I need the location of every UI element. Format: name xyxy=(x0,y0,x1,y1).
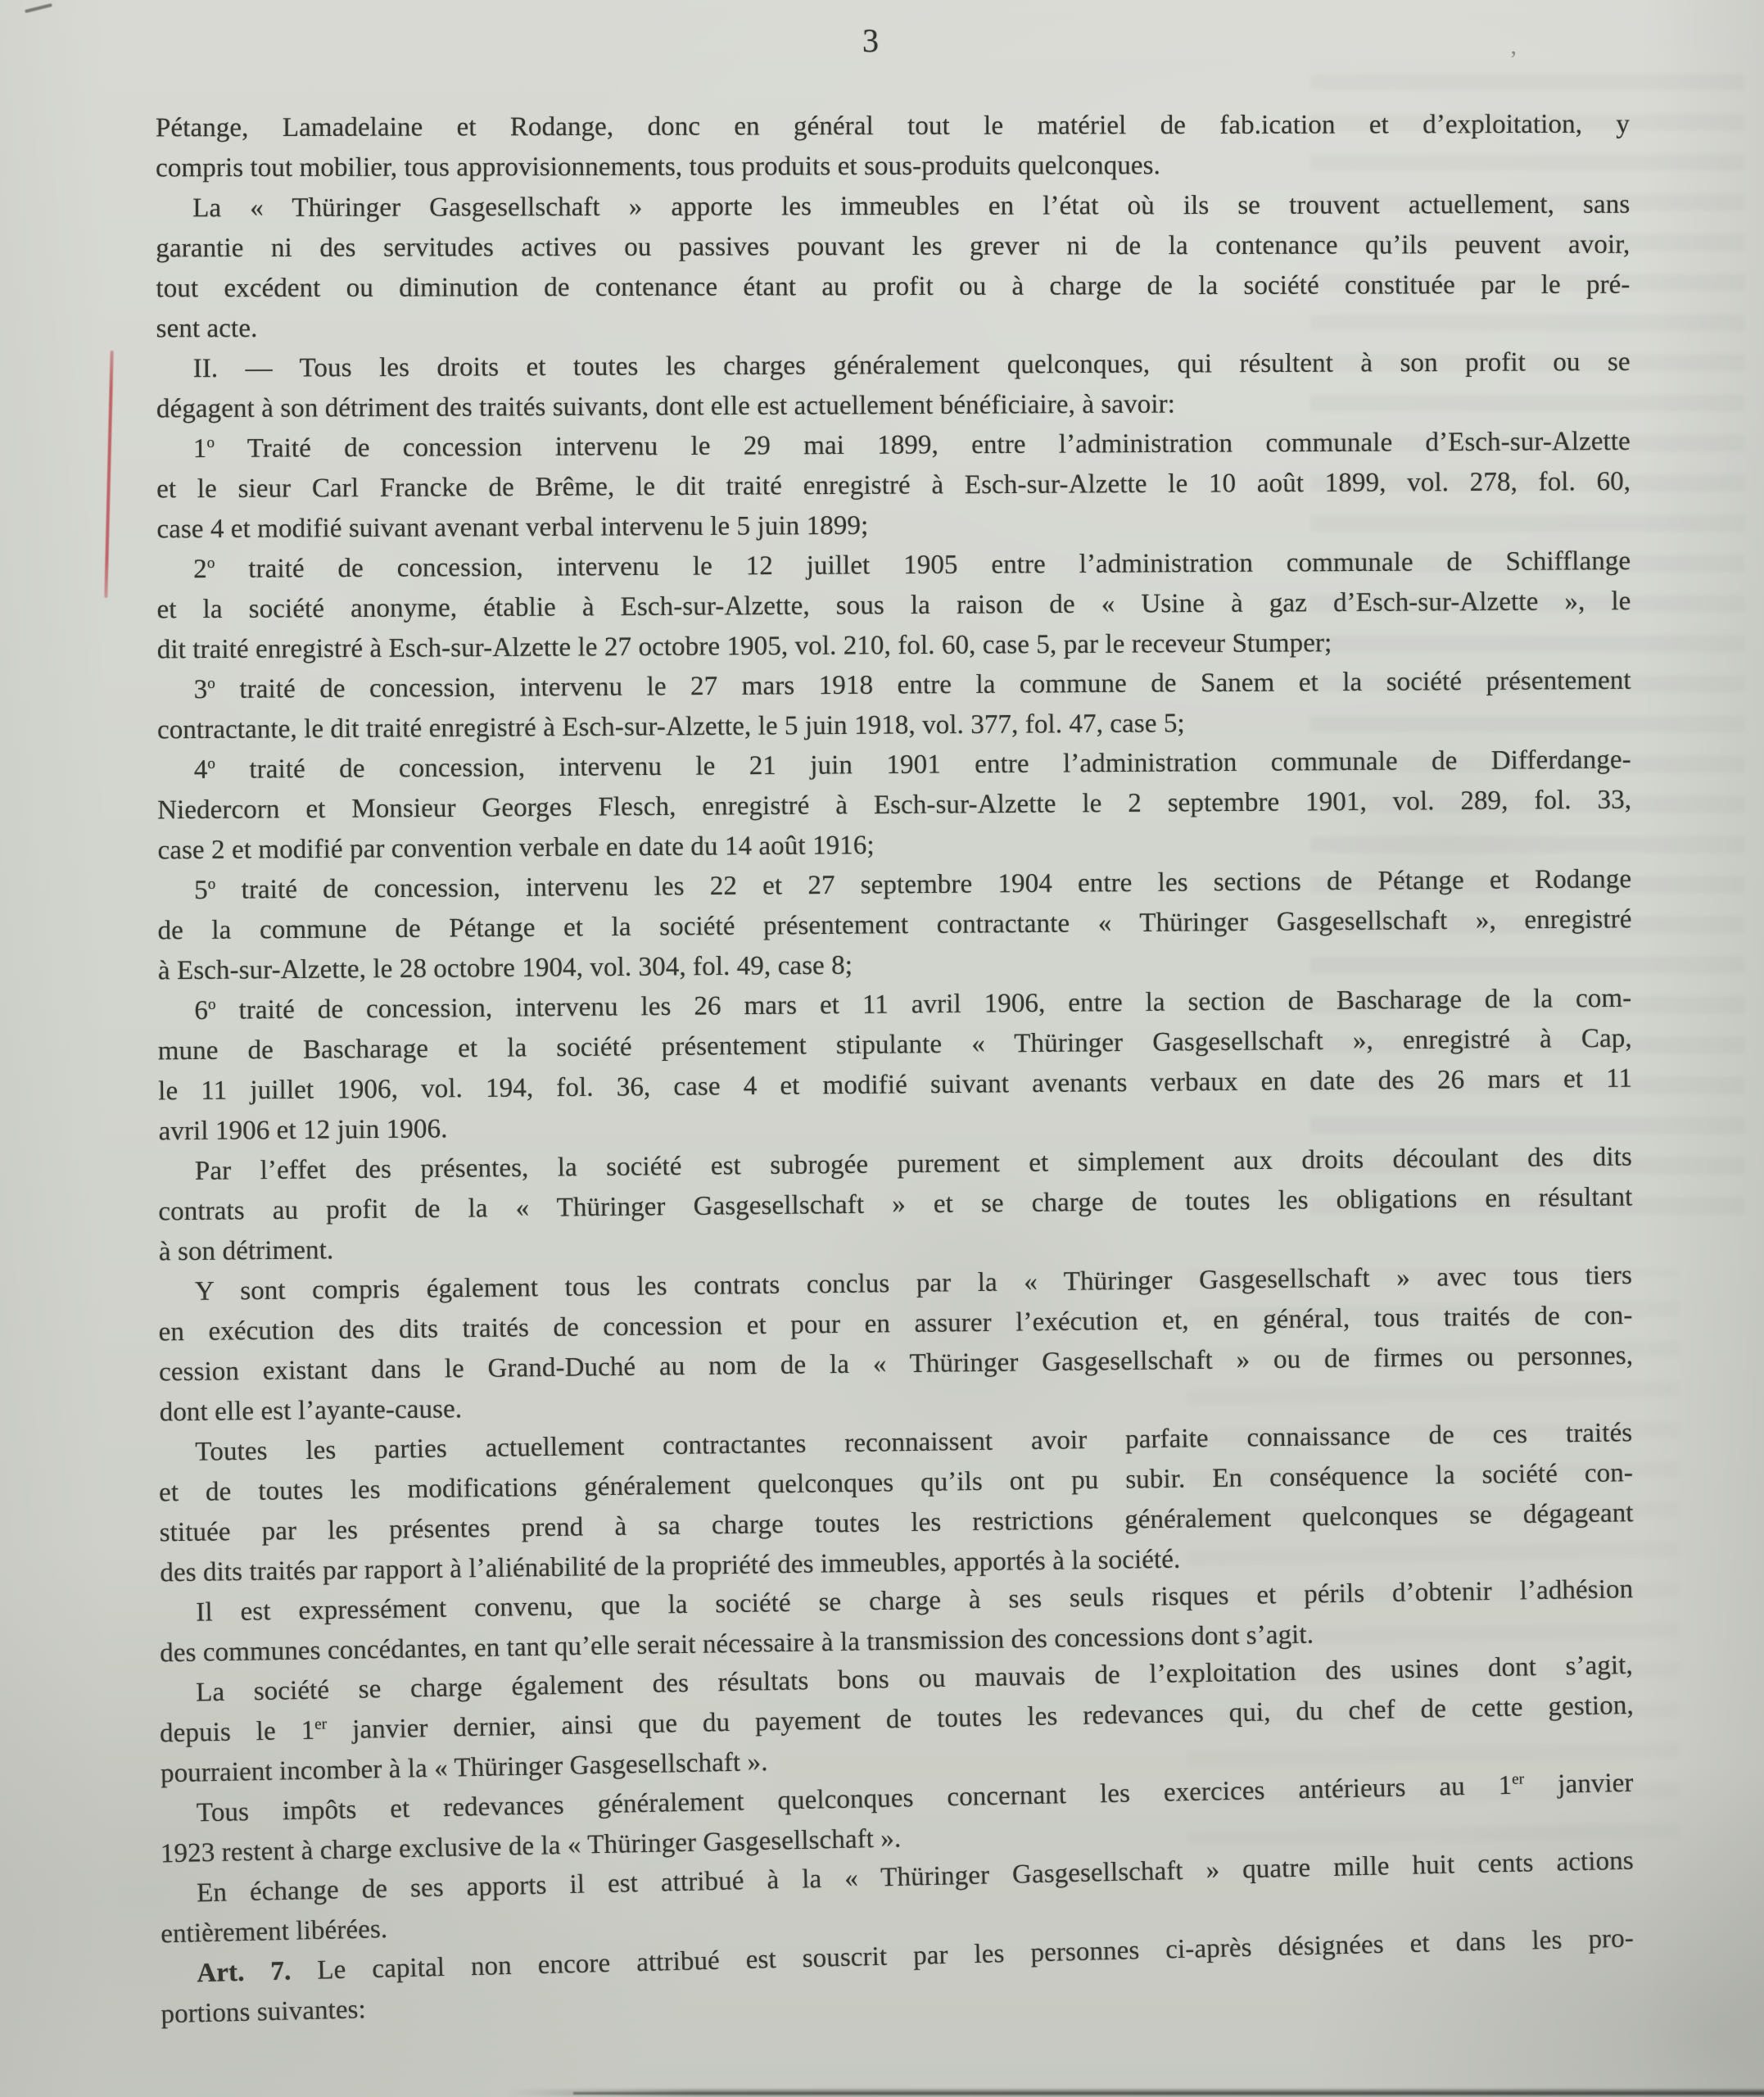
paragraph: 4o traité de concession, intervenu le 21… xyxy=(157,740,1632,871)
page-number: 3 xyxy=(0,21,1741,60)
margin-pencil-line xyxy=(104,351,113,598)
text-line: Pétange, Lamadelaine et Rodange, donc en… xyxy=(156,105,1630,149)
paragraph: 6o traité de concession, intervenu les 2… xyxy=(157,979,1633,1153)
paragraph: La « Thüringer Gasgesellschaft » apporte… xyxy=(156,185,1631,350)
paragraph: 1o Traité de concession intervenu le 29 … xyxy=(156,422,1631,550)
paragraph: Y sont compris également tous les contra… xyxy=(158,1256,1634,1433)
paragraph: Pétange, Lamadelaine et Rodange, donc en… xyxy=(156,105,1630,189)
paragraph: Par l’effet des présentes, la société es… xyxy=(158,1137,1633,1272)
page-edge-shadow xyxy=(573,2092,1764,2095)
text-line: et le sieur Carl Francke de Brême, le di… xyxy=(156,462,1631,510)
paragraph: 3o traité de concession, intervenu le 27… xyxy=(157,661,1632,751)
paragraph: 2o traité de concession, intervenu le 12… xyxy=(156,541,1631,670)
text-line: tout excédent ou diminution de contenanc… xyxy=(156,265,1630,310)
paragraph: 5o traité de concession, intervenu les 2… xyxy=(157,859,1632,991)
text-line: II. — Tous les droits et toutes les char… xyxy=(156,342,1631,389)
text-line: compris tout mobilier, tous approvisionn… xyxy=(156,145,1630,189)
paragraph: Toutes les parties actuellement contract… xyxy=(158,1413,1634,1593)
text-column: Pétange, Lamadelaine et Rodange, donc en… xyxy=(156,105,1635,2036)
text-line: et la société anonyme, établie à Esch-su… xyxy=(156,582,1631,630)
text-line: La « Thüringer Gasgesellschaft » apporte… xyxy=(156,185,1630,229)
text-line: garantie ni des servitudes actives ou pa… xyxy=(156,225,1630,269)
corner-pen-mark xyxy=(25,3,52,13)
paragraph: II. — Tous les droits et toutes les char… xyxy=(156,342,1631,429)
scanned-page: ’ 3 Pétange, Lamadelaine et Rodange, don… xyxy=(0,0,1764,2097)
